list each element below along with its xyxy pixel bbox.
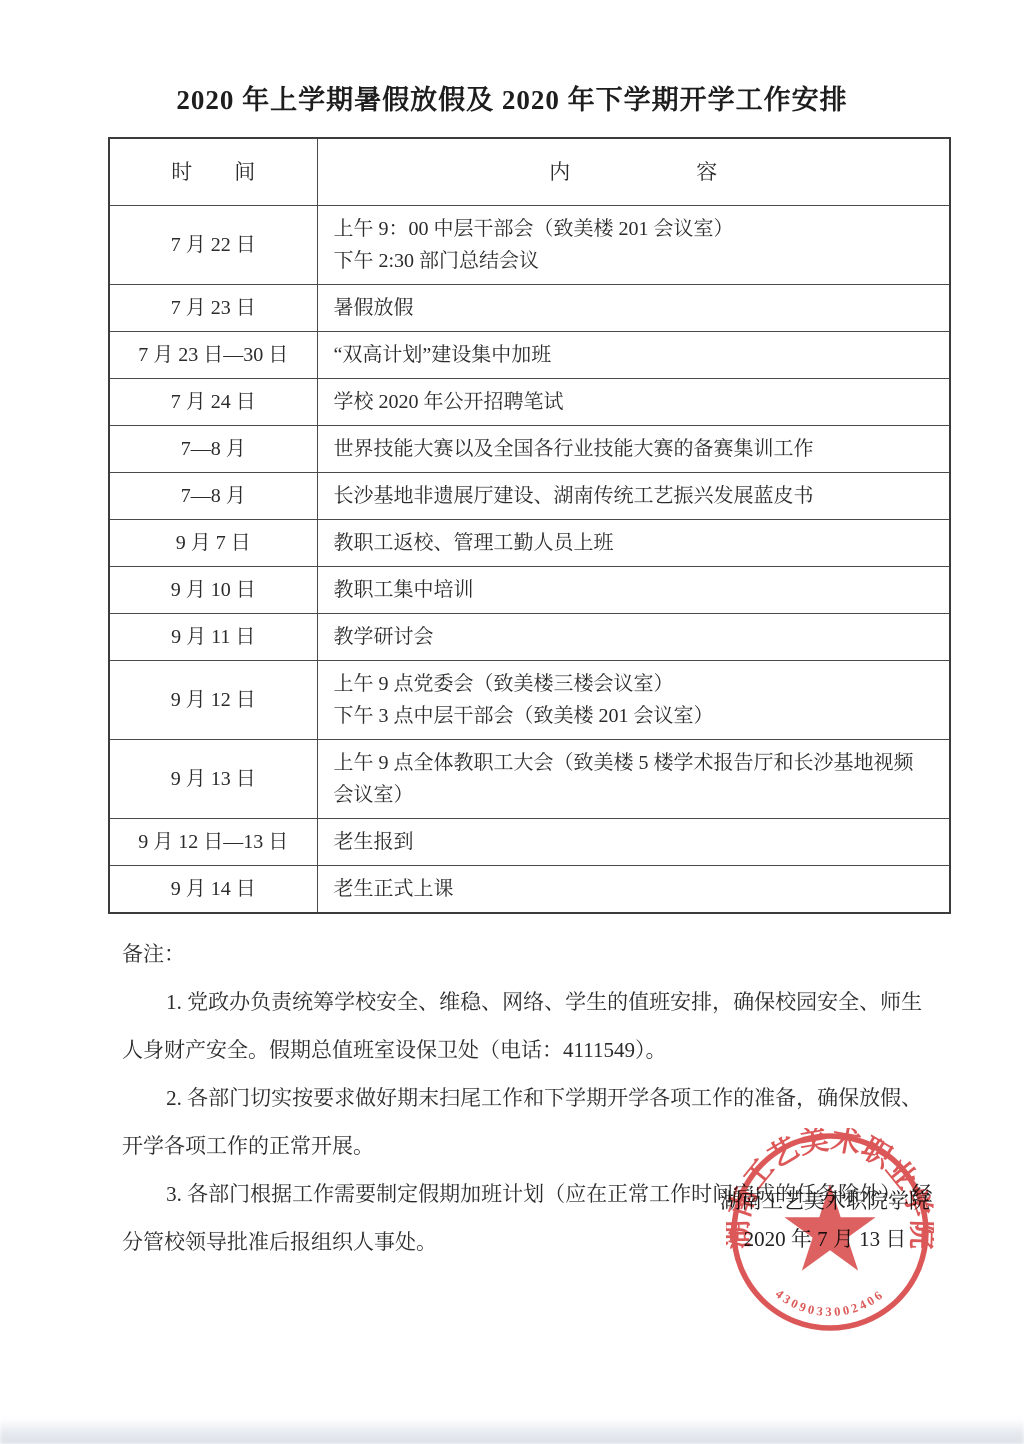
row-time: 7 月 24 日 <box>109 379 317 426</box>
row-time: 7—8 月 <box>109 473 317 520</box>
row-time: 9 月 14 日 <box>109 866 317 914</box>
row-content: 教职工集中培训 <box>317 567 950 614</box>
schedule-table-wrap: 时 间 内 容 7 月 22 日 上午 9：00 中层干部会（致美楼 201 会… <box>108 137 951 914</box>
row-time: 9 月 12 日 <box>109 661 317 740</box>
table-row: 7 月 23 日—30 日 “双高计划”建设集中加班 <box>109 332 950 379</box>
row-time: 7 月 23 日—30 日 <box>109 332 317 379</box>
row-time: 7—8 月 <box>109 426 317 473</box>
row-content: 上午 9：00 中层干部会（致美楼 201 会议室） 下午 2:30 部门总结会… <box>317 206 950 285</box>
table-row: 7—8 月 世界技能大赛以及全国各行业技能大赛的备赛集训工作 <box>109 426 950 473</box>
header-time: 时 间 <box>109 138 317 206</box>
signature-org: 湖南工艺美术职院学院 <box>700 1182 950 1220</box>
table-row: 7 月 23 日 暑假放假 <box>109 285 950 332</box>
row-time: 7 月 22 日 <box>109 206 317 285</box>
row-content: 上午 9 点党委会（致美楼三楼会议室） 下午 3 点中层干部会（致美楼 201 … <box>317 661 950 740</box>
table-row: 9 月 12 日 上午 9 点党委会（致美楼三楼会议室） 下午 3 点中层干部会… <box>109 661 950 740</box>
table-row: 7—8 月 长沙基地非遗展厅建设、湖南传统工艺振兴发展蓝皮书 <box>109 473 950 520</box>
row-content: 老生正式上课 <box>317 866 950 914</box>
table-row: 9 月 12 日—13 日 老生报到 <box>109 819 950 866</box>
document-page: 2020 年上学期暑假放假及 2020 年下学期开学工作安排 时 间 内 容 7… <box>0 0 1024 1444</box>
row-time: 9 月 10 日 <box>109 567 317 614</box>
schedule-table: 时 间 内 容 7 月 22 日 上午 9：00 中层干部会（致美楼 201 会… <box>108 137 951 914</box>
row-time: 7 月 23 日 <box>109 285 317 332</box>
table-row: 9 月 11 日 教学研讨会 <box>109 614 950 661</box>
row-content: 世界技能大赛以及全国各行业技能大赛的备赛集训工作 <box>317 426 950 473</box>
page-title: 2020 年上学期暑假放假及 2020 年下学期开学工作安排 <box>0 78 1024 117</box>
stamp-serial-number: 4309033002406 <box>773 1287 887 1319</box>
table-row: 9 月 13 日 上午 9 点全体教职工大会（致美楼 5 楼学术报告厅和长沙基地… <box>109 740 950 819</box>
row-time: 9 月 13 日 <box>109 740 317 819</box>
table-row: 9 月 14 日 老生正式上课 <box>109 866 950 914</box>
row-time: 9 月 11 日 <box>109 614 317 661</box>
row-time: 9 月 7 日 <box>109 520 317 567</box>
note-item-2: 2. 各部门切实按要求做好期末扫尾工作和下学期开学各项工作的准备，确保放假、开学… <box>122 1074 936 1170</box>
table-row: 7 月 24 日 学校 2020 年公开招聘笔试 <box>109 379 950 426</box>
scan-artifact-band <box>0 1418 1024 1444</box>
row-content: 暑假放假 <box>317 285 950 332</box>
row-content: 老生报到 <box>317 819 950 866</box>
row-content: 学校 2020 年公开招聘笔试 <box>317 379 950 426</box>
header-content: 内 容 <box>317 138 950 206</box>
table-row: 7 月 22 日 上午 9：00 中层干部会（致美楼 201 会议室） 下午 2… <box>109 206 950 285</box>
row-content: “双高计划”建设集中加班 <box>317 332 950 379</box>
row-content: 上午 9 点全体教职工大会（致美楼 5 楼学术报告厅和长沙基地视频会议室） <box>317 740 950 819</box>
row-time: 9 月 12 日—13 日 <box>109 819 317 866</box>
notes-label: 备注： <box>122 930 936 978</box>
note-item-1: 1. 党政办负责统筹学校安全、维稳、网络、学生的值班安排，确保校园安全、师生人身… <box>122 978 936 1074</box>
row-content: 教学研讨会 <box>317 614 950 661</box>
signature-date: 2020 年 7 月 13 日 <box>700 1220 950 1258</box>
table-header-row: 时 间 内 容 <box>109 138 950 206</box>
row-content: 教职工返校、管理工勤人员上班 <box>317 520 950 567</box>
signature-block: 湖南工艺美术职院学院 2020 年 7 月 13 日 <box>700 1182 950 1258</box>
table-row: 9 月 7 日 教职工返校、管理工勤人员上班 <box>109 520 950 567</box>
row-content: 长沙基地非遗展厅建设、湖南传统工艺振兴发展蓝皮书 <box>317 473 950 520</box>
table-row: 9 月 10 日 教职工集中培训 <box>109 567 950 614</box>
